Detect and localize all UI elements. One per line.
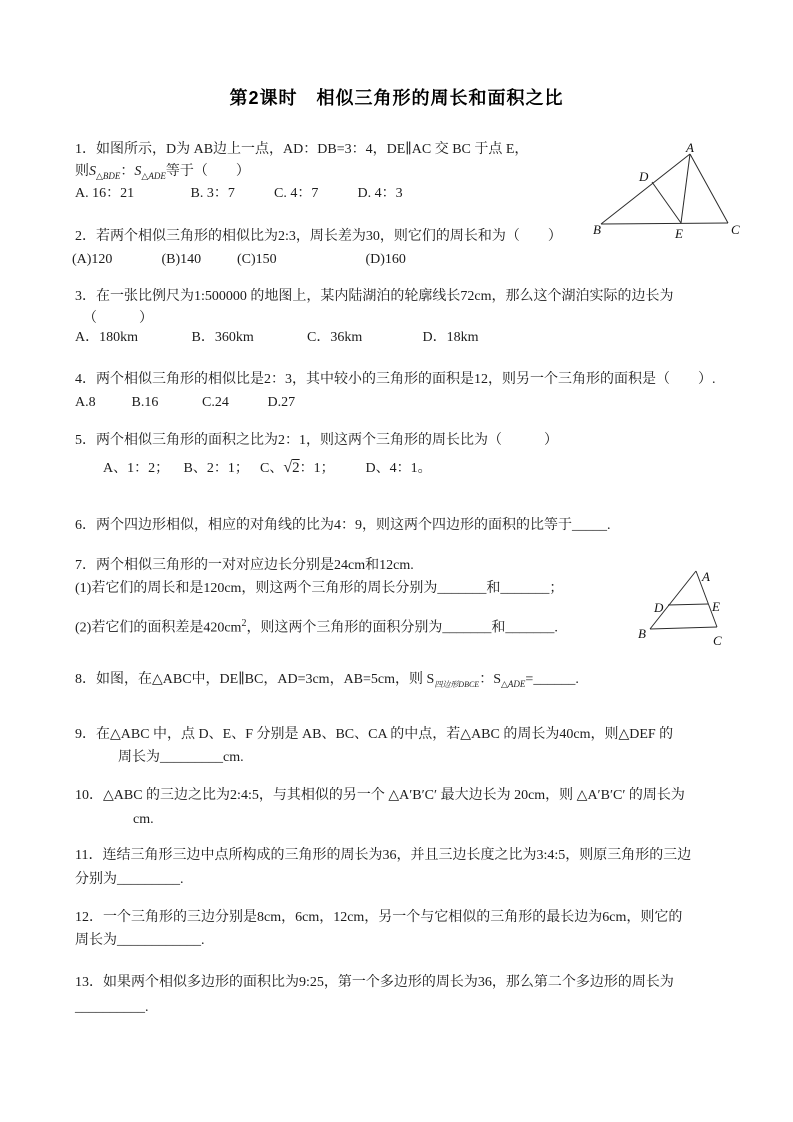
q3-option-d: D．18km <box>423 328 479 348</box>
fig1-label-c: C <box>731 222 740 237</box>
question-2-options: (A)120 (B)140 (C)150 (D)160 <box>72 250 406 270</box>
page-title: 第2课时 相似三角形的周长和面积之比 <box>0 84 793 110</box>
fig2-segment-de <box>668 604 708 605</box>
q5-option-a: A、1：2； <box>103 459 180 479</box>
q3-option-c: C．36km <box>307 328 419 348</box>
question-9-line-1: 9．在△ABC 中，点 D、E、F 分别是 AB、BC、CA 的中点，若△ABC… <box>75 725 673 745</box>
q8-colon-s: ：S <box>479 672 501 687</box>
q4-option-d: D.27 <box>268 393 296 413</box>
question-2-line-1: 2．若两个相似三角形的相似比为2:3，周长差为30，则它们的周长和为（ ） <box>75 227 562 247</box>
question-10-line-1: 10．△ABC 的三边之比为2:4:5，与其相似的另一个 △A′B′C′ 最大边… <box>75 786 685 806</box>
q8-subscript-ade: △ADE <box>501 679 525 689</box>
q1-area-symbol: S <box>89 164 96 179</box>
q3-option-b: B．360km <box>192 328 304 348</box>
question-1-line-1: 1．如图所示，D为 AB边上一点，AD：DB=3：4，DE∥AC 交 BC 于点… <box>75 140 528 160</box>
q5-radicand: 2 <box>292 458 300 478</box>
question-8-line-1: 8．如图，在△ABC中，DE∥BC，AD=3cm，AB=5cm，则 S四边形DB… <box>75 670 579 695</box>
q2-option-b: (B)140 <box>162 250 234 270</box>
q2-option-a: (A)120 <box>72 250 158 270</box>
question-11-line-1: 11．连结三角形三边中点所构成的三角形的周长为36，并且三边长度之比为3:4:5… <box>75 846 691 866</box>
q7-area-text-end: ，则这两个三角形的面积分别为_______和_______. <box>246 621 558 636</box>
q8-text: 8．如图，在△ABC中，DE∥BC，AD=3cm，AB=5cm，则 S <box>75 672 434 687</box>
q1-text-end: 等于（ ） <box>166 164 250 179</box>
fig1-label-d: D <box>638 169 649 184</box>
fig2-side-bc <box>650 627 717 629</box>
q1-subscript-bde: △BDE <box>96 171 120 181</box>
question-1-options: A. 16：21 B. 3：7 C. 4：7 D. 4：3 <box>75 184 403 204</box>
figure-triangle-2: A B C D E <box>636 563 746 655</box>
question-1-line-2: 则S△BDE：S△ADE等于（ ） <box>75 162 250 186</box>
fig1-side-bc <box>601 223 728 224</box>
fig1-label-a: A <box>685 140 694 155</box>
question-3-options: A．180km B．360km C．36km D．18km <box>75 328 479 348</box>
q4-option-a: A.8 <box>75 393 128 413</box>
question-5-line-1: 5．两个相似三角形的面积之比为2：1，则这两个三角形的周长比为（ ） <box>75 431 558 451</box>
q1-subscript-ade: △ADE <box>141 171 165 181</box>
fig1-segment-ae <box>681 154 690 223</box>
q5-option-b: B、2：1； <box>184 459 257 479</box>
question-12-line-1: 12．一个三角形的三边分别是8cm，6cm，12cm，另一个与它相似的三角形的最… <box>75 908 682 928</box>
fig2-label-b: B <box>638 626 646 641</box>
q5-c-label: C、 <box>260 459 283 479</box>
question-7-line-2: (1)若它们的周长和是120cm，则这两个三角形的周长分别为_______和__… <box>75 579 563 599</box>
question-6-line-1: 6．两个四边形相似，相应的对角线的比为4：9，则这两个四边形的面积的比等于___… <box>75 516 611 536</box>
question-3-line-2: （ ） <box>83 309 153 329</box>
fig2-label-e: E <box>711 599 720 614</box>
question-13-line-1: 13．如果两个相似多边形的面积比为9:25，第一个多边形的周长为36，那么第二个… <box>75 973 674 993</box>
q5-option-c: C、√2：1； <box>260 458 362 479</box>
question-5-options: A、1：2； B、2：1； C、√2：1； D、4：1。 <box>103 458 432 479</box>
q4-option-c: C.24 <box>202 393 264 413</box>
fig2-label-c: C <box>713 633 722 648</box>
figure-triangle-1: A B C D E <box>593 142 743 242</box>
fig1-side-ba <box>601 154 690 224</box>
question-7-line-1: 7．两个相似三角形的一对对应边长分别是24cm和12cm. <box>75 556 414 576</box>
question-4-options: A.8 B.16 C.24 D.27 <box>75 393 295 413</box>
fig1-segment-de <box>652 182 681 223</box>
question-9-line-2: 周长为_________cm. <box>118 748 244 768</box>
question-13-line-2: __________. <box>75 998 149 1018</box>
q5-radical-icon: √ <box>283 458 292 478</box>
q5-c-rest: ：1； <box>300 459 335 479</box>
fig1-label-b: B <box>593 222 601 237</box>
question-3-line-1: 3．在一张比例尺为1:500000 的地图上，某内陆湖泊的轮廓线长72cm，那么… <box>75 287 674 307</box>
fig2-label-d: D <box>653 600 664 615</box>
question-10-line-2: cm. <box>133 810 154 830</box>
q1-text: 则 <box>75 164 89 179</box>
q1-option-d: D. 4：3 <box>358 184 403 204</box>
worksheet-page: 第2课时 相似三角形的周长和面积之比 1．如图所示，D为 AB边上一点，AD：D… <box>0 0 793 1122</box>
question-7-line-3: (2)若它们的面积差是420cm2，则这两个三角形的面积分别为_______和_… <box>75 614 558 639</box>
q8-subscript-quad-dbce: 四边形DBCE <box>434 680 479 689</box>
fig1-side-ac <box>690 154 728 223</box>
question-11-line-2: 分别为_________. <box>75 870 184 890</box>
q3-option-a: A．180km <box>75 328 188 348</box>
question-4-line-1: 4．两个相似三角形的相似比是2：3，其中较小的三角形的面积是12，则另一个三角形… <box>75 370 716 390</box>
q5-option-d: D、4：1。 <box>366 459 432 479</box>
fig1-label-e: E <box>674 226 683 241</box>
q1-option-b: B. 3：7 <box>191 184 271 204</box>
q1-option-a: A. 16：21 <box>75 184 187 204</box>
q1-option-c: C. 4：7 <box>274 184 354 204</box>
q4-option-b: B.16 <box>132 393 199 413</box>
q2-option-c: (C)150 <box>237 250 362 270</box>
fig2-label-a: A <box>701 569 710 584</box>
q2-option-d: (D)160 <box>366 250 406 270</box>
q7-area-text: (2)若它们的面积差是420cm <box>75 621 241 636</box>
q1-colon: ： <box>120 164 134 179</box>
question-12-line-2: 周长为____________. <box>75 931 205 951</box>
q8-blank: =______. <box>525 672 578 687</box>
